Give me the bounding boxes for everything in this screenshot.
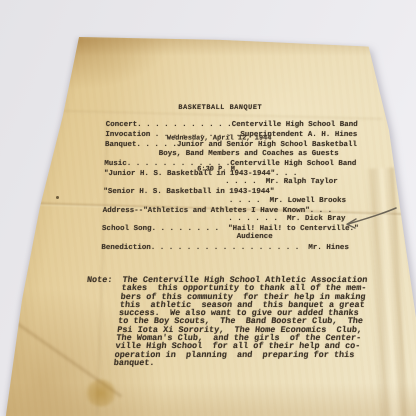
program-line: Invocation . . . . . . . . . .Superinten… bbox=[105, 131, 362, 139]
document-text: BASKETBALL BANQUET Wednesday, April 12, … bbox=[0, 0, 416, 416]
program-line: Music. . . . . . . . . . . .Centerville … bbox=[104, 160, 361, 168]
note-label: Note: bbox=[86, 276, 112, 284]
program-line: "Senior H. S. Basketball in 1943-1944" bbox=[103, 188, 360, 196]
program-line: Boys, Band Members and Coaches as Guests bbox=[104, 150, 361, 158]
program-line: Banquet. . . . .Junior and Senior High S… bbox=[105, 141, 362, 149]
program-line: . . . . . . Mr. Dick Bray bbox=[102, 215, 359, 223]
program-list: Concert. . . . . . . . . . .Centerville … bbox=[101, 121, 362, 252]
program-line: "Junior H. S. Basketball in 1943-1944". … bbox=[104, 170, 361, 178]
photo-scene: BASKETBALL BANQUET Wednesday, April 12, … bbox=[0, 0, 416, 416]
note-section: Note: The Centerville High School Athlet… bbox=[78, 276, 368, 367]
program-line: Concert. . . . . . . . . . .Centerville … bbox=[105, 121, 362, 129]
program-line: Audience bbox=[102, 233, 359, 241]
program-line: Address--"Athletics and Athletes I Have … bbox=[102, 207, 359, 215]
program-line: Benediction. . . . . . . . . . . . . . .… bbox=[101, 244, 358, 252]
program-line: . . . . Mr. Lowell Brooks bbox=[103, 197, 360, 205]
program-line: . . . . Mr. Ralph Taylor bbox=[103, 178, 360, 186]
document-title: BASKETBALL BANQUET bbox=[100, 103, 340, 113]
note-body: The Centerville High School Athletic Ass… bbox=[113, 276, 367, 367]
note-line: banquet. bbox=[113, 359, 359, 367]
